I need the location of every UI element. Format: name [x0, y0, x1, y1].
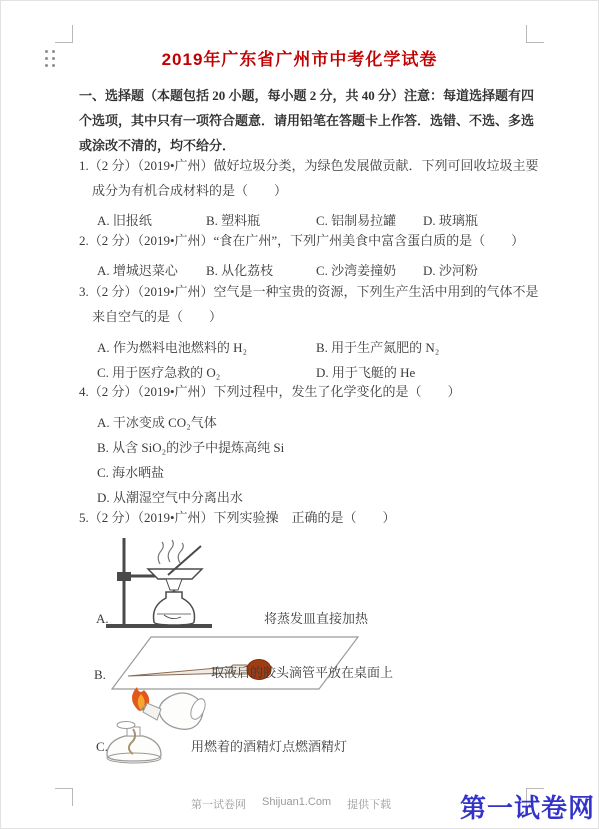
page-title: 2019年广东省广州市中考化学试卷	[1, 45, 598, 70]
question-1-stem: 1.（2 分）（2019•广州）做好垃圾分类，为绿色发展做贡献．下列可回收垃圾主…	[79, 153, 542, 203]
crop-mark-top-left	[55, 25, 73, 43]
option-a: A. 干冰变成 CO₂气体	[97, 410, 542, 435]
figure-c-label: C.	[96, 734, 108, 759]
figure-c-caption: 用燃着的酒精灯点燃酒精灯	[191, 734, 347, 759]
figure-a-label: A.	[96, 606, 109, 631]
question-1: 1.（2 分）（2019•广州）做好垃圾分类，为绿色发展做贡献．下列可回收垃圾主…	[79, 153, 542, 233]
crop-mark-bottom-left	[55, 788, 73, 806]
footer-site-url: Shijuan1.Com	[262, 796, 331, 812]
site-logo-watermark[interactable]: 第一试卷网	[460, 788, 595, 825]
question-4-options: A. 干冰变成 CO₂气体 B. 从含 SiO₂的沙子中提炼高纯 Si C. 海…	[97, 410, 542, 510]
figure-b-label: B.	[94, 662, 106, 687]
figure-evaporating-dish-heated-directly	[104, 534, 234, 637]
question-3: 3.（2 分）（2019•广州）空气是一种宝贵的资源，下列生产生活中用到的气体不…	[79, 279, 542, 385]
footer-download-text: 提供下载	[347, 796, 391, 812]
question-4: 4.（2 分）（2019•广州）下列过程中，发生了化学变化的是（ ） A. 干冰…	[79, 379, 542, 510]
crop-mark-top-right	[526, 25, 544, 43]
footer-site-name: 第一试卷网	[191, 796, 246, 812]
figure-b-caption: 取液后的胶头滴管平放在桌面上	[211, 660, 393, 685]
question-2: 2.（2 分）（2019•广州）“食在广州”，下列广州美食中富含蛋白质的是（ ）…	[79, 228, 542, 283]
question-2-stem: 2.（2 分）（2019•广州）“食在广州”，下列广州美食中富含蛋白质的是（ ）	[79, 228, 542, 253]
question-5-stem: 5.（2 分）（2019•广州）下列实验操 正确的是（ ）	[79, 505, 542, 530]
footer: 第一试卷网 Shijuan1.Com 提供下载	[191, 796, 391, 812]
exam-paper-page: 2019年广东省广州市中考化学试卷 一、选择题（本题包括 20 小题，每小题 2…	[0, 0, 599, 829]
option-b: B. 从含 SiO₂的沙子中提炼高纯 Si	[97, 435, 542, 460]
question-3-options: A. 作为燃料电池燃料的 H₂ B. 用于生产氮肥的 N₂ C. 用于医疗急救的…	[97, 335, 542, 385]
option-a: A. 作为燃料电池燃料的 H₂	[97, 335, 316, 360]
section-instructions: 一、选择题（本题包括 20 小题，每小题 2 分，共 40 分）注意：每道选择题…	[79, 83, 542, 158]
figure-lighting-alcohol-lamp	[97, 687, 215, 772]
option-c: C. 海水晒盐	[97, 460, 542, 485]
question-4-stem: 4.（2 分）（2019•广州）下列过程中，发生了化学变化的是（ ）	[79, 379, 542, 404]
iron-stand-evaporating-dish-icon	[104, 534, 234, 632]
question-3-stem: 3.（2 分）（2019•广州）空气是一种宝贵的资源，下列生产生活中用到的气体不…	[79, 279, 542, 329]
question-5: 5.（2 分）（2019•广州）下列实验操 正确的是（ ）	[79, 505, 542, 530]
option-b: B. 用于生产氮肥的 N₂	[316, 335, 542, 360]
figure-a-caption: 将蒸发皿直接加热	[264, 606, 368, 631]
